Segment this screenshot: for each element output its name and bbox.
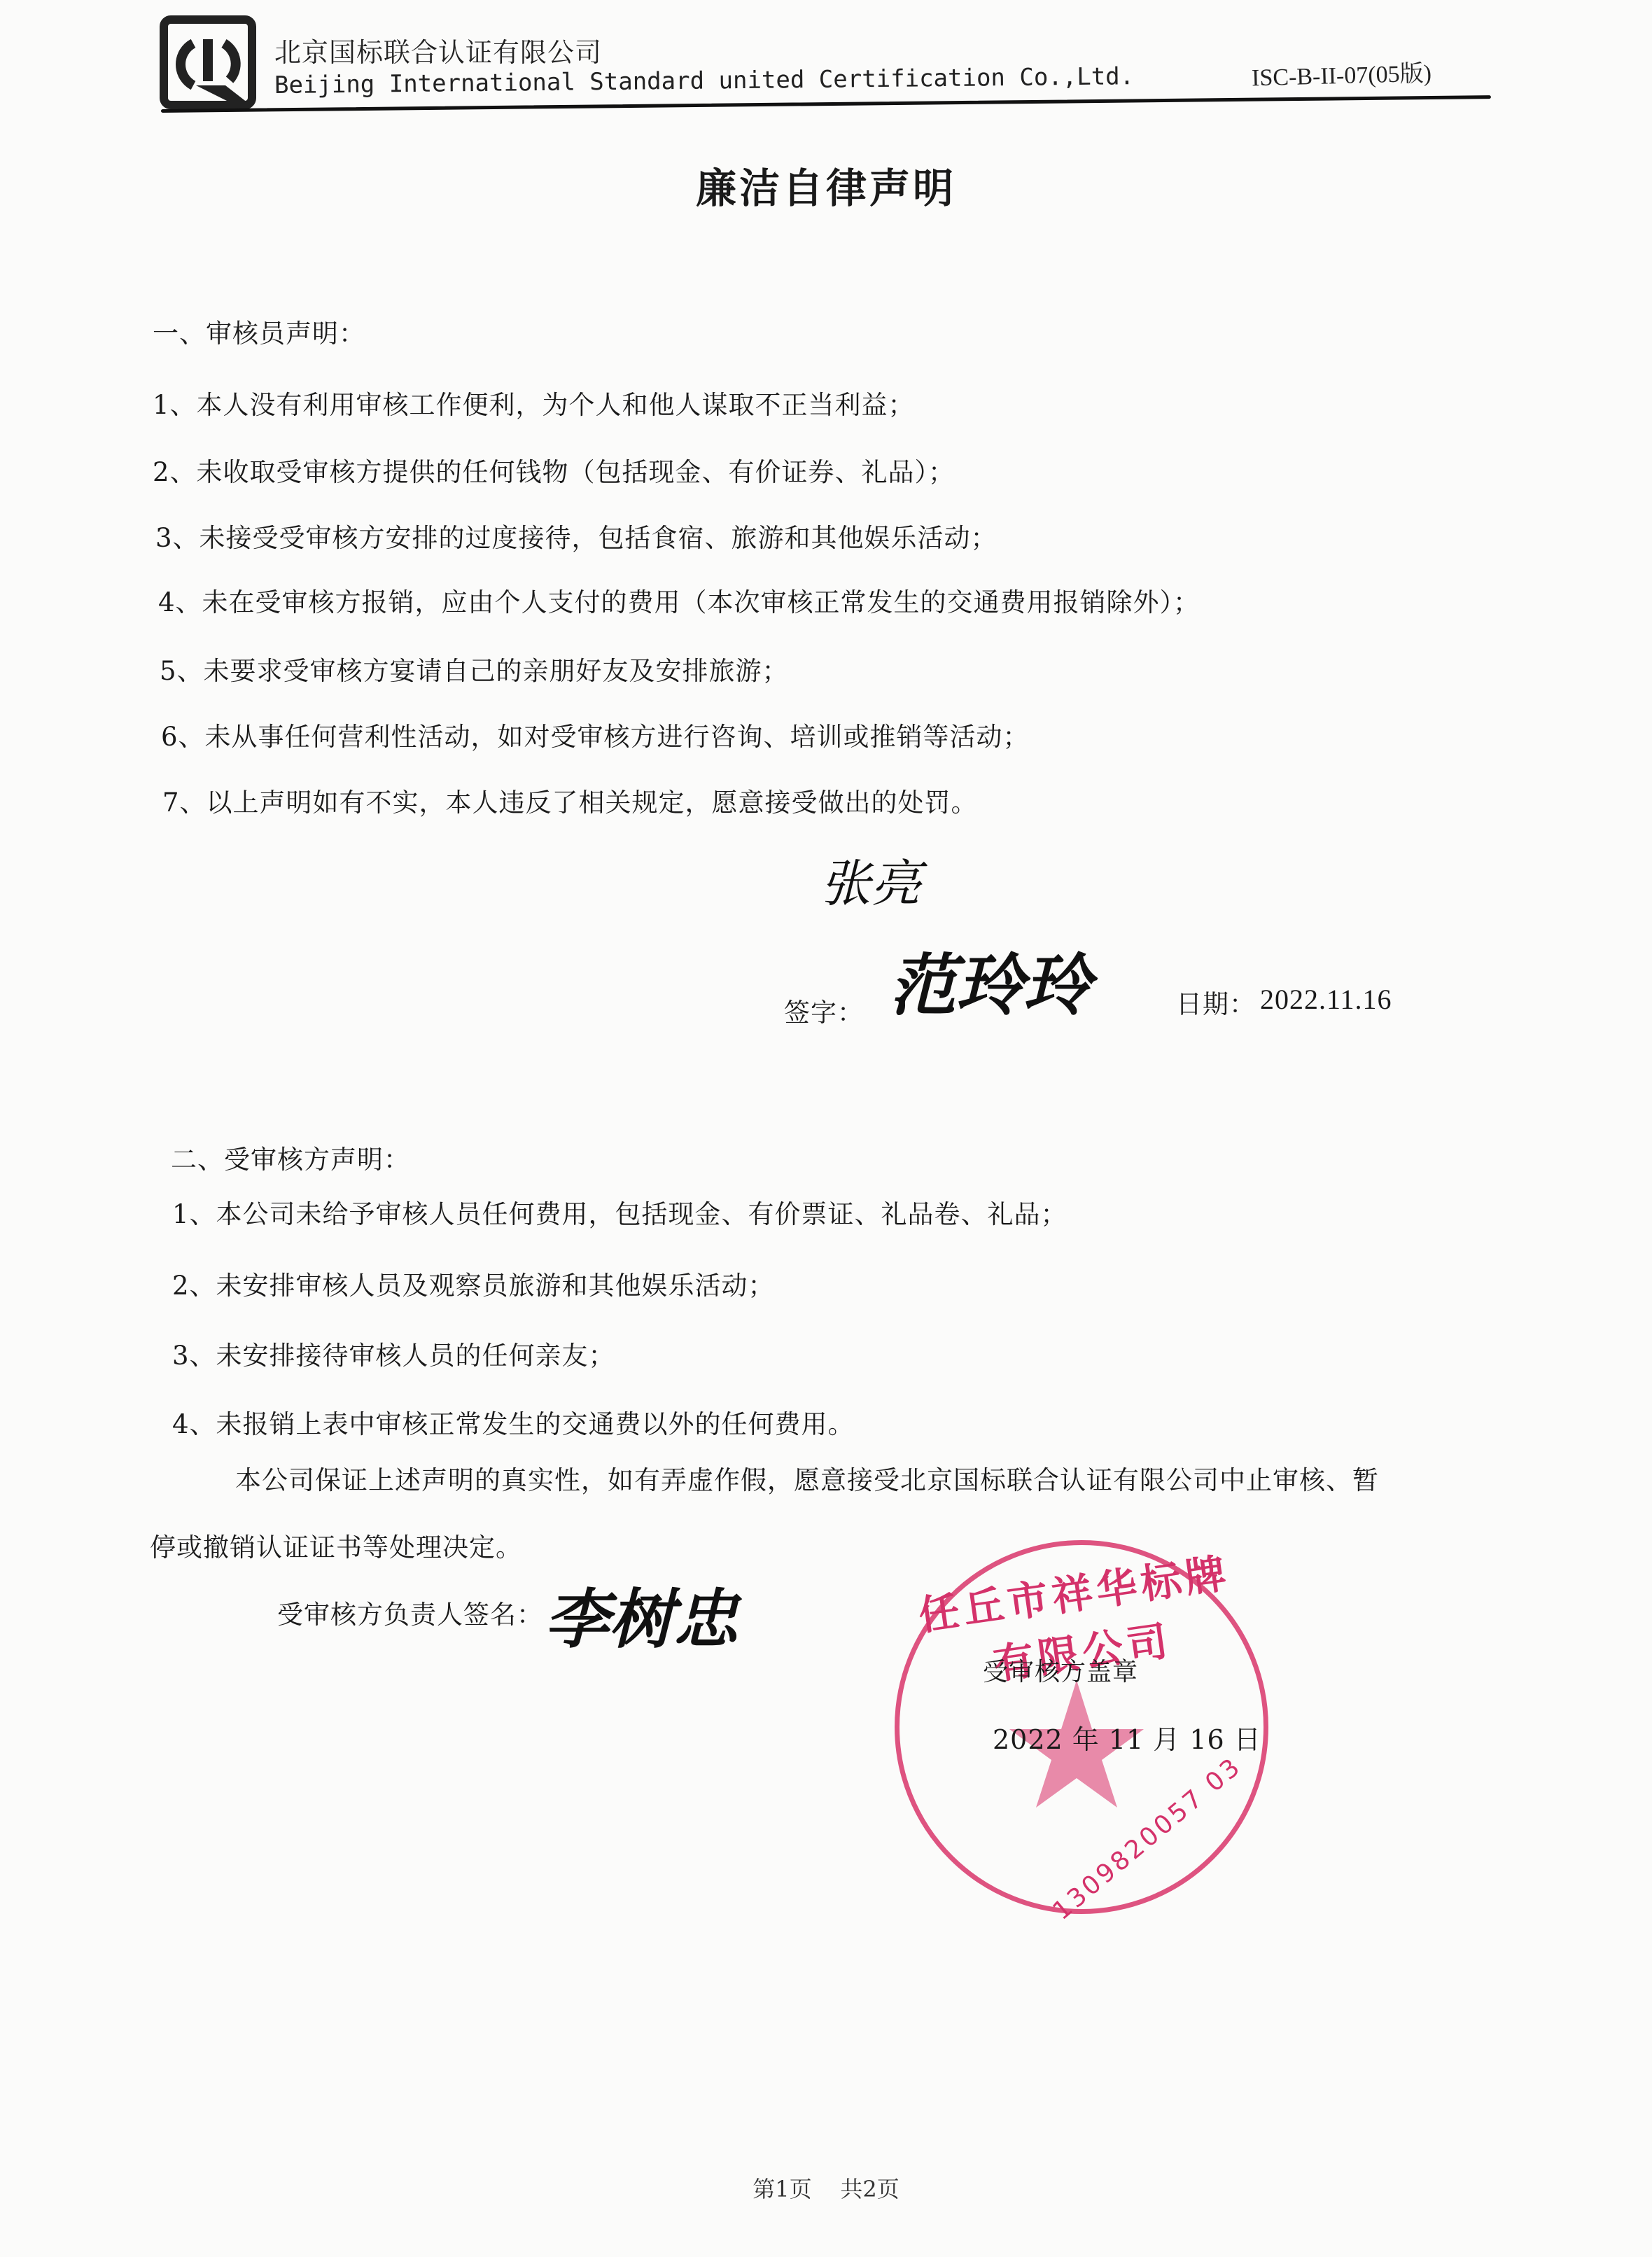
auditor-item: 7、以上声明如有不实，本人违反了相关规定，愿意接受做出的处罚。 bbox=[162, 781, 978, 819]
company-name-cn: 北京国标联合认证有限公司 bbox=[274, 31, 602, 69]
auditor-signature-2: 范玲玲 bbox=[889, 932, 1091, 1028]
responsible-signature: 李树忠 bbox=[545, 1568, 738, 1661]
auditee-item: 1、本公司未给予审核人员任何费用，包括现金、有价票证、礼品卷、礼品； bbox=[172, 1193, 1067, 1231]
date-label: 日期： bbox=[1176, 983, 1256, 1021]
guarantee-text-line2: 停或撤销认证证书等处理决定。 bbox=[150, 1526, 522, 1564]
auditor-item: 6、未从事任何营利性活动，如对受审核方进行咨询、培训或推销等活动； bbox=[161, 715, 1030, 753]
auditor-section-heading: 一、审核员声明： bbox=[153, 312, 365, 350]
page-number: 第1页 共2页 bbox=[0, 2172, 1652, 2204]
date-value: 2022.11.16 bbox=[1260, 983, 1392, 1016]
auditee-section-heading: 二、受审核方声明： bbox=[171, 1138, 410, 1176]
auditor-item: 1、本人没有利用审核工作便利，为个人和他人谋取不正当利益； bbox=[153, 384, 915, 421]
isc-logo-icon bbox=[160, 15, 258, 112]
document-code: ISC-B-II-07(05版) bbox=[1251, 54, 1431, 93]
page-title: 廉洁自律声明 bbox=[0, 155, 1652, 214]
seal-label: 受审核方盖章 bbox=[983, 1652, 1138, 1688]
auditor-item: 2、未收取受审核方提供的任何钱物（包括现金、有价证券、礼品）； bbox=[153, 451, 955, 489]
auditor-item: 3、未接受受审核方安排的过度接待，包括食宿、旅游和其他娱乐活动； bbox=[155, 517, 997, 554]
auditee-item: 3、未安排接待审核人员的任何亲友； bbox=[172, 1334, 615, 1372]
signature-label: 签字： bbox=[784, 991, 864, 1029]
auditor-signature-1: 张亮 bbox=[820, 843, 921, 916]
responsible-signature-label: 受审核方负责人签名： bbox=[277, 1593, 543, 1631]
seal-date: 2022 年 11 月 16 日 bbox=[993, 1718, 1261, 1756]
auditee-item: 4、未报销上表中审核正常发生的交通费以外的任何费用。 bbox=[172, 1403, 855, 1441]
auditor-item: 4、未在受审核方报销，应由个人支付的费用（本次审核正常发生的交通费用报销除外）； bbox=[158, 581, 1200, 619]
guarantee-text-line1: 本公司保证上述声明的真实性，如有弄虚作假，愿意接受北京国标联合认证有限公司中止审… bbox=[235, 1459, 1379, 1497]
auditee-item: 2、未安排审核人员及观察员旅游和其他娱乐活动； bbox=[172, 1264, 775, 1302]
auditor-item: 5、未要求受审核方宴请自己的亲朋好友及安排旅游； bbox=[160, 650, 789, 687]
